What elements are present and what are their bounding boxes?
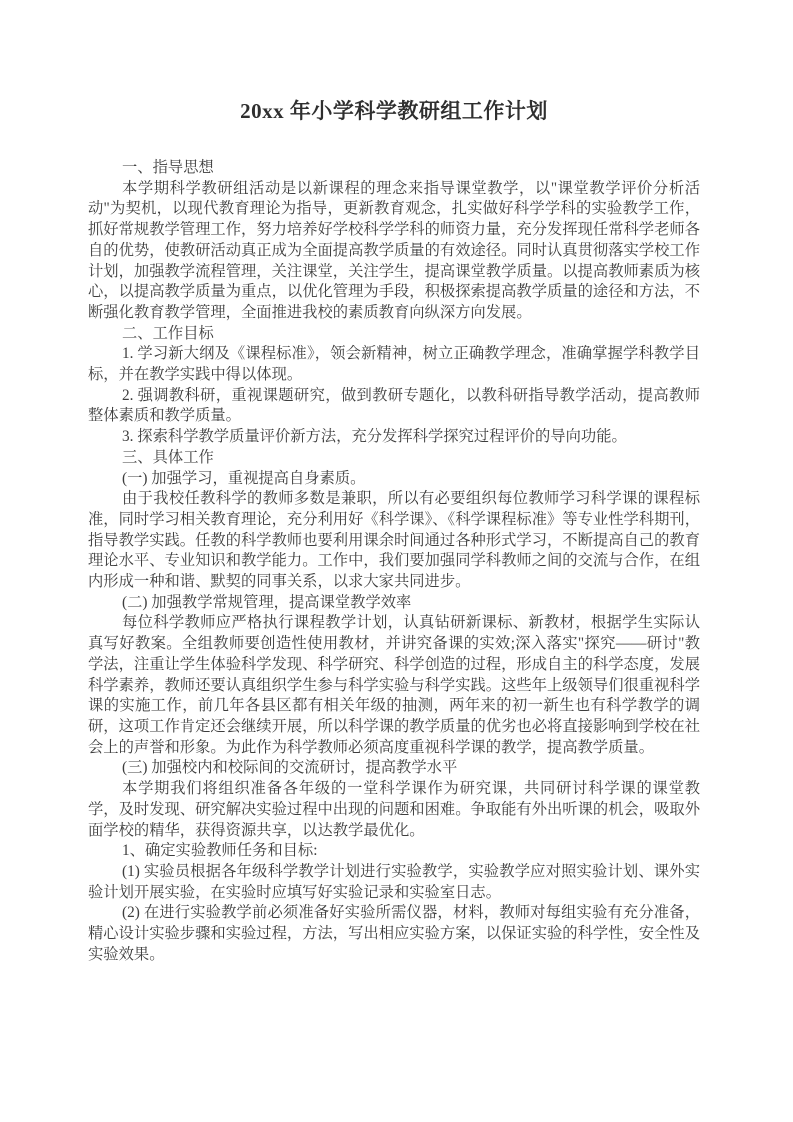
subsection-heading: (三) 加强校内和校际间的交流研讨，提高教学水平 (88, 758, 700, 779)
document-page: 20xx 年小学科学教研组工作计划 一、指导思想 本学期科学教研组活动是以新课程… (0, 0, 793, 1122)
list-item: 2. 强调教科研，重视课题研究，做到教研专题化，以教科研指导教学活动，提高教师整… (88, 386, 700, 427)
section-heading: 一、指导思想 (88, 158, 700, 179)
document-content: 20xx 年小学科学教研组工作计划 一、指导思想 本学期科学教研组活动是以新课程… (88, 0, 700, 965)
document-body: 一、指导思想 本学期科学教研组活动是以新课程的理念来指导课堂教学，以"课堂教学评… (88, 158, 700, 965)
subsection-heading: (二) 加强教学常规管理，提高课堂教学效率 (88, 593, 700, 614)
list-item: (2) 在进行实验教学前必须准备好实验所需仪器，材料，教师对每组实验有充分准备，… (88, 903, 700, 965)
body-paragraph: 本学期我们将组织准备各年级的一堂科学课作为研究课，共同研讨科学课的课堂教学，及时… (88, 779, 700, 841)
body-paragraph: 每位科学教师应严格执行课程教学计划，认真钻研新课标、新教材，根据学生实际认真写好… (88, 613, 700, 758)
section-heading: 三、具体工作 (88, 448, 700, 469)
body-paragraph: 由于我校任教科学的教师多数是兼职，所以有必要组织每位教师学习科学课的课程标准，同… (88, 489, 700, 593)
body-paragraph: 本学期科学教研组活动是以新课程的理念来指导课堂教学，以"课堂教学评价分析活动"为… (88, 179, 700, 324)
document-title: 20xx 年小学科学教研组工作计划 (88, 95, 700, 128)
list-item: 1、确定实验教师任务和目标: (88, 841, 700, 862)
section-heading: 二、工作目标 (88, 324, 700, 345)
list-item: (1) 实验员根据各年级科学教学计划进行实验教学，实验教学应对照实验计划、课外实… (88, 862, 700, 903)
subsection-heading: (一) 加强学习，重视提高自身素质。 (88, 469, 700, 490)
list-item: 3. 探索科学教学质量评价新方法，充分发挥科学探究过程评价的导向功能。 (88, 427, 700, 448)
list-item: 1. 学习新大纲及《课程标准》，领会新精神，树立正确教学理念，准确掌握学科教学目… (88, 344, 700, 385)
